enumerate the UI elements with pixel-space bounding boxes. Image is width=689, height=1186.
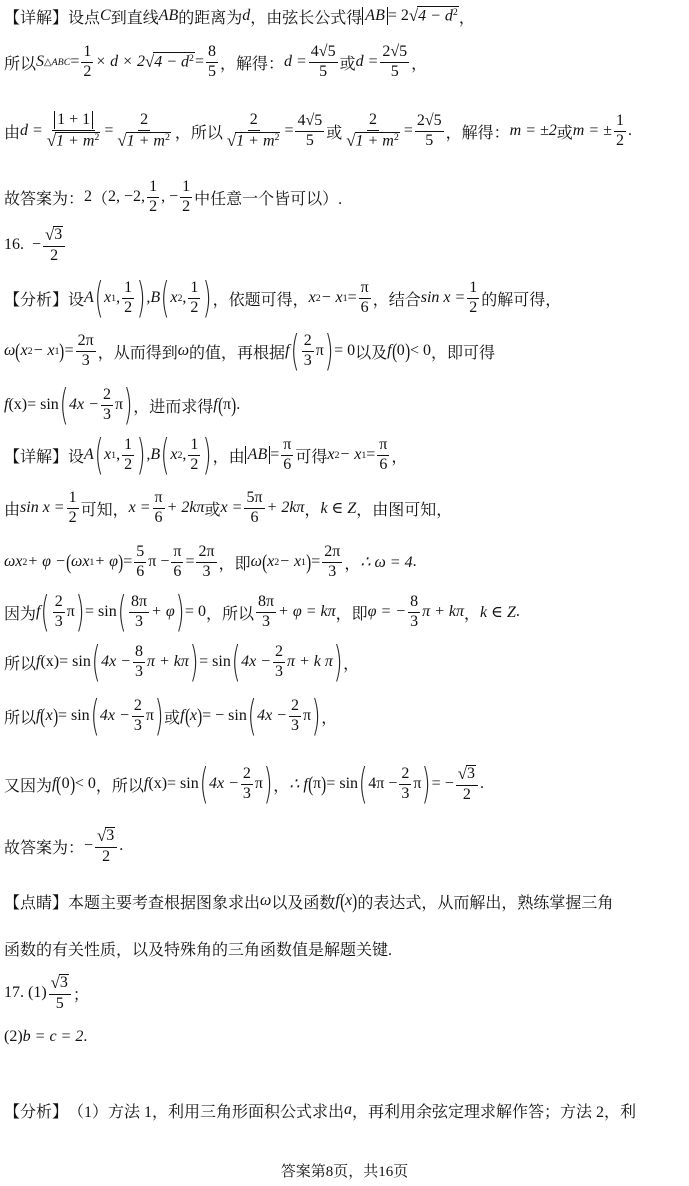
fraction: 83 bbox=[133, 644, 145, 681]
fraction: 4√55 bbox=[309, 44, 338, 81]
math-var: x bbox=[21, 342, 28, 360]
denominator: 3 bbox=[101, 406, 113, 424]
fraction: 12 bbox=[81, 44, 93, 81]
denominator: 2 bbox=[67, 509, 79, 527]
part-label: (1) bbox=[28, 984, 47, 1002]
math-text: (x) bbox=[148, 775, 167, 793]
math-text: = bbox=[195, 53, 204, 71]
numerator: 2π bbox=[322, 544, 342, 563]
fraction: 23 bbox=[101, 387, 113, 424]
math-text: = sin bbox=[85, 603, 117, 621]
fraction: 2π3 bbox=[322, 544, 342, 581]
numerator: 1 + 1 bbox=[54, 111, 93, 129]
fraction: 4√55 bbox=[295, 113, 324, 150]
text: 可知， bbox=[81, 497, 129, 520]
numerator: π bbox=[153, 490, 165, 509]
math-var: d bbox=[242, 7, 250, 25]
math-var: x bbox=[104, 289, 111, 307]
denominator: 2 bbox=[461, 786, 473, 804]
text: ，所以 bbox=[175, 120, 223, 143]
math-text: = bbox=[65, 342, 74, 360]
math-text: d = bbox=[284, 53, 307, 71]
denominator: 3 bbox=[53, 613, 65, 631]
math-text: − x bbox=[321, 289, 343, 307]
text: ， bbox=[273, 773, 289, 796]
fraction: 8π3 bbox=[129, 594, 149, 631]
numerator: 1 bbox=[67, 490, 79, 509]
part-label: (2) bbox=[4, 1028, 23, 1046]
text: ， bbox=[464, 601, 480, 624]
fraction: 5π6 bbox=[244, 490, 264, 527]
math-text: π bbox=[115, 396, 123, 414]
text: . bbox=[83, 1028, 87, 1046]
detail-tag: 【详解】 bbox=[4, 444, 68, 467]
fraction: 2√55 bbox=[415, 113, 444, 150]
text: 中任意一个皆可以）. bbox=[194, 186, 342, 209]
math-text: < 0 bbox=[75, 775, 96, 793]
numerator: 4√5 bbox=[309, 44, 338, 63]
numerator: 2 bbox=[302, 333, 314, 352]
denominator: 2 bbox=[48, 247, 60, 265]
numerator: 1 bbox=[188, 280, 200, 299]
math-text: (x) bbox=[40, 653, 59, 671]
math-text: ωx bbox=[4, 553, 22, 571]
denominator: 2 bbox=[188, 456, 200, 474]
math-text: π bbox=[313, 775, 321, 793]
text: ，进而求得 bbox=[133, 394, 213, 417]
numerator: π bbox=[171, 544, 183, 563]
text: ，由 bbox=[213, 444, 245, 467]
math-text: 2, −2, bbox=[108, 188, 145, 206]
math-text: π bbox=[303, 707, 311, 725]
numerator: 8π bbox=[256, 594, 276, 613]
text: 可得 bbox=[295, 444, 327, 467]
text: ，依题可得， bbox=[213, 287, 309, 310]
text: 以及函数 bbox=[271, 890, 335, 913]
math-var: a bbox=[344, 1101, 352, 1119]
fraction: π6 bbox=[153, 490, 165, 527]
subscript: △ABC bbox=[44, 57, 70, 68]
math-text: ∴ f bbox=[289, 774, 308, 794]
denominator: 3 bbox=[399, 785, 411, 803]
text: ，所以 bbox=[96, 773, 144, 796]
math-text: − x bbox=[33, 342, 55, 360]
math-text: + φ − bbox=[27, 553, 65, 571]
math-text: = bbox=[185, 553, 194, 571]
math-text: π bbox=[316, 342, 324, 360]
detail-tag: 【详解】 bbox=[4, 5, 68, 28]
text: 或 bbox=[340, 51, 356, 74]
radicand: 1 + m bbox=[236, 132, 274, 149]
math-text: 4x − bbox=[241, 653, 271, 671]
math-text: = 0 bbox=[334, 342, 355, 360]
numerator: 1 bbox=[188, 437, 200, 456]
text: ， bbox=[391, 444, 407, 467]
numerator: 1 bbox=[122, 437, 134, 456]
math-text: = bbox=[348, 289, 357, 307]
fraction: √35 bbox=[49, 974, 71, 1013]
fraction: 2√1 + m2 bbox=[225, 112, 283, 151]
math-var: C bbox=[100, 7, 111, 25]
fraction: 23 bbox=[241, 766, 253, 803]
text: 或 bbox=[326, 120, 342, 143]
text: . bbox=[628, 122, 632, 140]
analysis-tag: 【分析】 bbox=[4, 1099, 68, 1122]
fraction: 2π3 bbox=[196, 544, 216, 581]
numerator: 1 bbox=[467, 280, 479, 299]
text: 或 bbox=[164, 705, 180, 728]
math-var: x bbox=[267, 553, 274, 571]
radicand: 4 − d bbox=[154, 53, 189, 70]
math-text: 4x − bbox=[209, 775, 239, 793]
text: 所以 bbox=[4, 705, 36, 728]
abs-value: AB bbox=[362, 7, 388, 25]
text: ； bbox=[73, 982, 89, 1005]
text: 或 bbox=[557, 120, 573, 143]
math-text: 0 bbox=[62, 775, 70, 793]
math-text: − bbox=[32, 236, 41, 254]
math-text: 0 bbox=[397, 342, 405, 360]
math-var: f bbox=[180, 707, 184, 725]
math-text: = − bbox=[432, 775, 454, 793]
math-text: π bbox=[413, 775, 421, 793]
math-text: sin x = bbox=[421, 289, 466, 307]
text: 所以 bbox=[4, 51, 36, 74]
sqrt: √4 − d2 bbox=[409, 6, 459, 26]
fraction: √32 bbox=[95, 827, 117, 866]
denominator: 2 bbox=[122, 456, 134, 474]
fraction: 2π3 bbox=[76, 333, 96, 370]
denominator: 3 bbox=[133, 613, 145, 631]
math-var: ,B bbox=[146, 289, 160, 307]
text: 设 bbox=[68, 444, 84, 467]
text: 设点 bbox=[68, 5, 100, 28]
text: 所以 bbox=[4, 651, 36, 674]
text: 的值，再根据 bbox=[189, 340, 285, 363]
numerator: 5 bbox=[134, 544, 146, 563]
math-text: m = ± bbox=[573, 122, 612, 140]
math-text: = bbox=[366, 446, 375, 464]
text: . bbox=[236, 396, 240, 414]
answer-value: 2 bbox=[84, 188, 92, 206]
math-text: m = ±2 bbox=[510, 122, 557, 140]
math-var: ,B bbox=[146, 446, 160, 464]
text: 的表达式，从而解出，熟练掌握三角 bbox=[357, 890, 613, 913]
text: 以及 bbox=[355, 340, 387, 363]
fraction: 12 bbox=[467, 280, 479, 317]
question-number: 16. bbox=[4, 236, 24, 254]
denominator: 3 bbox=[133, 663, 145, 681]
numerator: 8 bbox=[408, 594, 420, 613]
math-text: d = bbox=[20, 122, 43, 140]
fraction: √32 bbox=[456, 765, 478, 804]
numerator: 8π bbox=[129, 594, 149, 613]
math-text: = sin bbox=[27, 396, 59, 414]
math-var: x bbox=[46, 707, 53, 725]
fraction: 23 bbox=[132, 698, 144, 735]
math-var: A bbox=[84, 289, 94, 307]
math-text: = sin bbox=[167, 775, 199, 793]
math-text: = 2 bbox=[388, 7, 409, 25]
numerator: 8 bbox=[133, 644, 145, 663]
text: ， bbox=[321, 705, 337, 728]
text: （ bbox=[92, 186, 108, 209]
text: 设 bbox=[68, 287, 84, 310]
numerator: 2 bbox=[241, 766, 253, 785]
math-var: x bbox=[190, 707, 197, 725]
denominator: 2 bbox=[188, 299, 200, 317]
math-text: < 0 bbox=[410, 342, 431, 360]
numerator: 2π bbox=[196, 544, 216, 563]
numerator: 1 bbox=[614, 113, 626, 132]
denominator: 5 bbox=[389, 63, 401, 81]
math-text: 4π − bbox=[368, 775, 397, 793]
math-var: ω bbox=[4, 342, 15, 360]
text: ， bbox=[411, 51, 427, 74]
math-text: 4x − bbox=[100, 707, 130, 725]
fraction: 23 bbox=[399, 766, 411, 803]
denominator: 6 bbox=[281, 456, 293, 474]
math-text: x = bbox=[129, 499, 151, 517]
text: ， bbox=[304, 497, 320, 520]
numerator: 2 bbox=[399, 766, 411, 785]
math-var: x bbox=[170, 446, 177, 464]
denominator: 2 bbox=[122, 299, 134, 317]
fraction: 12 bbox=[122, 437, 134, 474]
denominator: 3 bbox=[289, 717, 301, 735]
math-var: x bbox=[345, 892, 352, 910]
math-text: ∴ ω = 4 bbox=[360, 552, 412, 572]
radicand: 4 − d bbox=[418, 7, 453, 24]
math-var: x bbox=[327, 446, 334, 464]
radicand: 3 bbox=[59, 974, 69, 992]
fraction: 23 bbox=[273, 644, 285, 681]
text: 到直线 bbox=[111, 5, 159, 28]
numerator: 2 bbox=[53, 594, 65, 613]
page-footer: 答案第8页，共16页 bbox=[0, 1160, 689, 1181]
math-text: , − bbox=[161, 188, 178, 206]
math-text: 4x − bbox=[257, 707, 287, 725]
numerator: 2√5 bbox=[380, 44, 409, 63]
denominator: 6 bbox=[377, 456, 389, 474]
exponent: 2 bbox=[189, 53, 194, 64]
exponent: 2 bbox=[275, 132, 280, 143]
fraction: 2√1 + m2 bbox=[344, 112, 402, 151]
numerator: 1 bbox=[180, 179, 192, 198]
fraction: 12 bbox=[188, 280, 200, 317]
text: . bbox=[119, 837, 123, 855]
numerator: 2 bbox=[101, 387, 113, 406]
numerator: 1 bbox=[122, 280, 134, 299]
question-number: 17. bbox=[4, 984, 24, 1002]
text: ， bbox=[344, 551, 360, 574]
fraction: 12 bbox=[67, 490, 79, 527]
numerator: 4√5 bbox=[295, 113, 324, 132]
fraction: 23 bbox=[302, 333, 314, 370]
radicand: 1 + m bbox=[356, 132, 394, 149]
radicand: 3 bbox=[105, 827, 115, 845]
numerator: 1 bbox=[81, 44, 93, 63]
sqrt: √4 − d2 bbox=[145, 52, 195, 72]
denominator: 3 bbox=[241, 785, 253, 803]
math-text: + 2kπ bbox=[167, 499, 205, 517]
text: 由 bbox=[4, 497, 20, 520]
denominator: 5 bbox=[317, 63, 329, 81]
math-text: − x bbox=[339, 446, 361, 464]
text: ，解得： bbox=[220, 51, 284, 74]
numerator: π bbox=[377, 437, 389, 456]
math-var: x bbox=[170, 289, 177, 307]
radicand: 1 + m bbox=[56, 132, 94, 149]
denominator: 6 bbox=[359, 299, 371, 317]
denominator: 2 bbox=[81, 63, 93, 81]
text: 故答案为： bbox=[4, 835, 84, 858]
denominator: 3 bbox=[80, 352, 92, 370]
numerator: 2 bbox=[273, 644, 285, 663]
text: ，由图可知， bbox=[356, 497, 452, 520]
math-text: π bbox=[146, 707, 154, 725]
denominator: 3 bbox=[326, 563, 338, 581]
numerator: 2 bbox=[138, 112, 150, 131]
numerator: 2 bbox=[132, 698, 144, 717]
math-text: k ∈ Z bbox=[320, 498, 356, 518]
text: 因为 bbox=[4, 601, 36, 624]
abs-value: AB bbox=[245, 446, 271, 464]
text: ，从而得到 bbox=[98, 340, 178, 363]
numerator: π bbox=[281, 437, 293, 456]
radicand: 1 + m bbox=[127, 132, 165, 149]
fraction: π6 bbox=[377, 437, 389, 474]
math-text: π + kπ bbox=[422, 603, 464, 621]
math-text: (x) bbox=[8, 396, 27, 414]
math-text: − x bbox=[279, 553, 301, 571]
denominator: 5 bbox=[304, 132, 316, 150]
denominator: 3 bbox=[132, 717, 144, 735]
fraction: 23 bbox=[289, 698, 301, 735]
fraction: π6 bbox=[359, 280, 371, 317]
text: 故答案为： bbox=[4, 186, 84, 209]
text: 的距离为 bbox=[178, 5, 242, 28]
numerator: 2√5 bbox=[415, 113, 444, 132]
math-text: π + kπ bbox=[147, 653, 189, 671]
fraction: 23 bbox=[53, 594, 65, 631]
math-text: φ = − bbox=[368, 603, 406, 621]
numerator: π bbox=[359, 280, 371, 299]
math-text: 4x − bbox=[101, 653, 131, 671]
denominator: 6 bbox=[153, 509, 165, 527]
numerator: 2π bbox=[76, 333, 96, 352]
math-text: π bbox=[255, 775, 263, 793]
math-var: A bbox=[84, 446, 94, 464]
fraction: 2√1 + m2 bbox=[115, 112, 173, 151]
text: 本题主要考查根据图象求出 bbox=[68, 890, 260, 913]
text: ，即可得 bbox=[431, 340, 495, 363]
math-text: = bbox=[270, 446, 279, 464]
denominator: 5 bbox=[423, 132, 435, 150]
fraction: 56 bbox=[134, 544, 146, 581]
numerator: 2 bbox=[248, 112, 260, 131]
math-text: = bbox=[104, 122, 113, 140]
text: ，即 bbox=[219, 551, 251, 574]
denominator: 5 bbox=[206, 63, 218, 81]
denominator: 3 bbox=[273, 663, 285, 681]
fraction: π6 bbox=[171, 544, 183, 581]
denominator: 3 bbox=[260, 613, 272, 631]
math-text: k ∈ Z bbox=[480, 602, 516, 622]
text: ，由弦长公式得 bbox=[250, 5, 362, 28]
exponent: 2 bbox=[165, 132, 170, 143]
math-text: + 2kπ bbox=[267, 499, 305, 517]
text: ，所以 bbox=[206, 601, 254, 624]
numerator: 2 bbox=[289, 698, 301, 717]
denominator: 6 bbox=[248, 509, 260, 527]
math-text: ωx bbox=[71, 553, 89, 571]
denominator: 2 bbox=[614, 132, 626, 150]
denominator: 6 bbox=[171, 563, 183, 581]
math-text: + φ = kπ bbox=[278, 603, 336, 621]
denominator: 2 bbox=[467, 299, 479, 317]
math-var: ω bbox=[178, 342, 189, 360]
analysis-tag: 【分析】 bbox=[4, 287, 68, 310]
numerator: 5π bbox=[244, 490, 264, 509]
denominator: 2 bbox=[147, 198, 159, 216]
numerator: 2 bbox=[367, 112, 379, 131]
math-text: x = bbox=[221, 499, 243, 517]
exponent: 2 bbox=[453, 7, 458, 18]
exponent: 2 bbox=[394, 132, 399, 143]
math-var: ω bbox=[251, 553, 262, 571]
math-text: π + k π bbox=[287, 653, 333, 671]
radicand: 3 bbox=[466, 765, 476, 783]
text: 的解可得， bbox=[481, 287, 561, 310]
denominator: 3 bbox=[302, 352, 314, 370]
math-text: = 0 bbox=[185, 603, 206, 621]
text: . bbox=[413, 553, 417, 571]
math-text: 4x − bbox=[69, 396, 99, 414]
math-text: = sin bbox=[326, 775, 358, 793]
text: . bbox=[480, 775, 484, 793]
fraction: 12 bbox=[180, 179, 192, 216]
fraction: 8π3 bbox=[256, 594, 276, 631]
math-text: = bbox=[70, 53, 79, 71]
math-text: π − bbox=[148, 553, 169, 571]
text: ，结合 bbox=[373, 287, 421, 310]
fraction: 12 bbox=[147, 179, 159, 216]
fraction: 12 bbox=[614, 113, 626, 150]
denominator: 6 bbox=[134, 563, 146, 581]
math-text: = sin bbox=[59, 653, 91, 671]
math-text: sin x = bbox=[20, 499, 65, 517]
fraction: π6 bbox=[281, 437, 293, 474]
numerator: 1 bbox=[147, 179, 159, 198]
math-var: x bbox=[104, 446, 111, 464]
text: 由 bbox=[4, 120, 20, 143]
math-text: = − sin bbox=[202, 707, 247, 725]
math-var: x bbox=[309, 289, 316, 307]
math-var: AB bbox=[159, 7, 179, 25]
math-text: = bbox=[311, 553, 320, 571]
fraction: 12 bbox=[188, 437, 200, 474]
math-text: = sin bbox=[199, 653, 231, 671]
math-text: + φ bbox=[94, 553, 118, 571]
math-text: + φ bbox=[151, 603, 175, 621]
math-var: f bbox=[213, 396, 217, 414]
denominator: 3 bbox=[408, 613, 420, 631]
math-var: S bbox=[36, 53, 44, 71]
text: ， bbox=[459, 5, 475, 28]
math-text: = bbox=[123, 553, 132, 571]
denominator: 3 bbox=[201, 563, 213, 581]
